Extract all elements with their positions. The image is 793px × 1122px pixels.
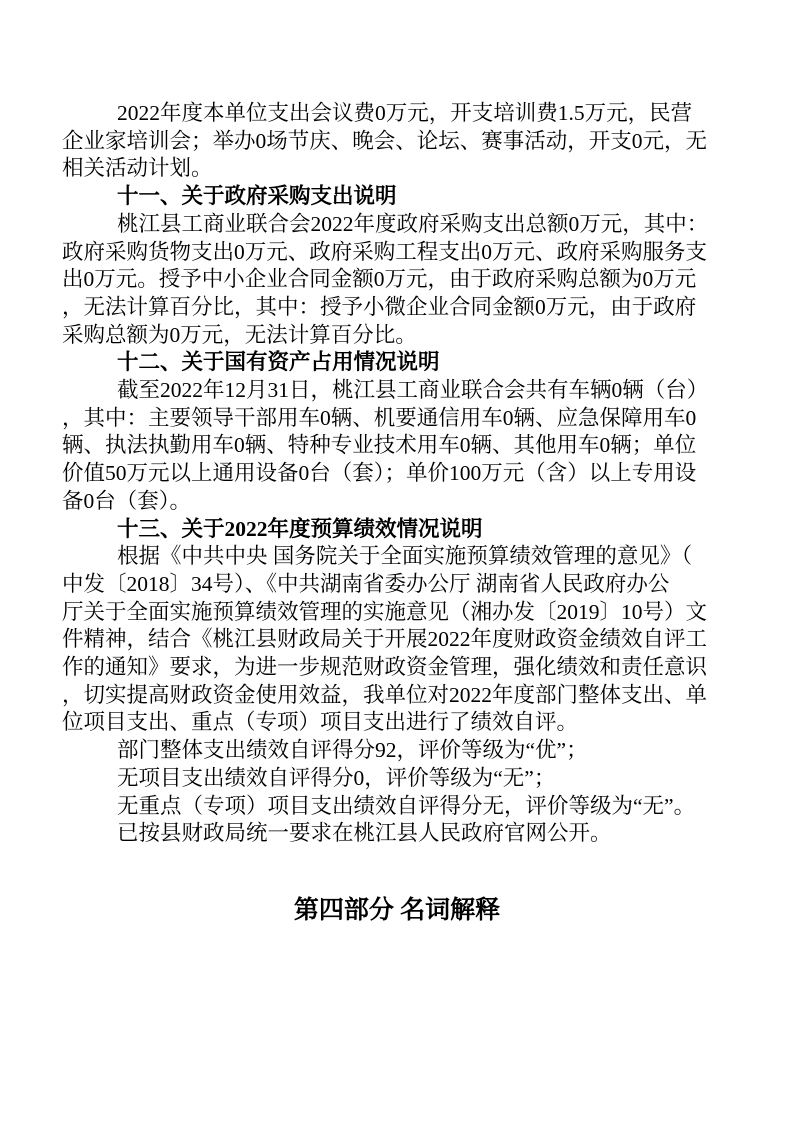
part-four-title: 第四部分 名词解释	[62, 893, 732, 929]
heading-line: 十一、关于政府采购支出说明	[62, 183, 732, 211]
paragraph-line: 企业家培训会；举办0场节庆、晚会、论坛、赛事活动，开支0元，无	[62, 128, 732, 156]
paragraph-publication-note: 已按县财政局统一要求在桃江县人民政府官网公开。	[62, 820, 732, 848]
paragraph-line: 无项目支出绩效自评得分0，评价等级为“无”；	[62, 765, 732, 793]
paragraph-line: 出0万元。授予中小企业合同金额0万元，由于政府采购总额为0万元	[62, 266, 732, 294]
paragraph-line: 2022年度本单位支出会议费0万元，开支培训费1.5万元，民营	[62, 100, 732, 128]
paragraph-line: 采购总额为0万元，无法计算百分比。	[62, 322, 732, 350]
document-page: 2022年度本单位支出会议费0万元，开支培训费1.5万元，民营 企业家培训会；举…	[0, 0, 793, 1122]
paragraph-department-overall-score: 部门整体支出绩效自评得分92，评价等级为“优”；	[62, 737, 732, 765]
heading-line: 十三、关于2022年度预算绩效情况说明	[62, 516, 732, 544]
paragraph-line: 桃江县工商业联合会2022年度政府采购支出总额0万元，其中：	[62, 211, 732, 239]
paragraph-line: 备0台（套）。	[62, 488, 732, 516]
paragraph-line: 截至2022年12月31日，桃江县工商业联合会共有车辆0辆（台）	[62, 377, 732, 405]
paragraph-line: 无重点（专项）项目支出绩效自评得分无，评价等级为“无”。	[62, 793, 732, 821]
paragraph-government-procurement: 桃江县工商业联合会2022年度政府采购支出总额0万元，其中： 政府采购货物支出0…	[62, 211, 732, 350]
section-heading-11-government-procurement: 十一、关于政府采购支出说明	[62, 183, 732, 211]
paragraph-line: 辆、执法执勤用车0辆、特种专业技术用车0辆、其他用车0辆；单位	[62, 432, 732, 460]
paragraph-line: 政府采购货物支出0万元、政府采购工程支出0万元、政府采购服务支	[62, 239, 732, 267]
paragraph-line: 中发〔2018〕34号）、《中共湖南省委办公厅 湖南省人民政府办公	[62, 571, 732, 599]
paragraph-line: 作的通知》要求，为进一步规范财政资金管理，强化绩效和责任意识	[62, 654, 732, 682]
paragraph-line: 部门整体支出绩效自评得分92，评价等级为“优”；	[62, 737, 732, 765]
paragraph-line: 厅关于全面实施预算绩效管理的实施意见（湘办发〔2019〕10号）文	[62, 599, 732, 627]
paragraph-state-assets: 截至2022年12月31日，桃江县工商业联合会共有车辆0辆（台） ，其中：主要领…	[62, 377, 732, 516]
paragraph-line: ，其中：主要领导干部用车0辆、机要通信用车0辆、应急保障用车0	[62, 405, 732, 433]
paragraph-key-project-score: 无重点（专项）项目支出绩效自评得分无，评价等级为“无”。	[62, 793, 732, 821]
paragraph-line: ，无法计算百分比，其中：授予小微企业合同金额0万元，由于政府	[62, 294, 732, 322]
paragraph-line: 件精神，结合《桃江县财政局关于开展2022年度财政资金绩效自评工	[62, 626, 732, 654]
paragraph-line: 价值50万元以上通用设备0台（套）；单价100万元（含）以上专用设	[62, 460, 732, 488]
paragraph-line: 位项目支出、重点（专项）项目支出进行了绩效自评。	[62, 709, 732, 737]
paragraph-budget-performance-basis: 根据《中共中央 国务院关于全面实施预算绩效管理的意见》（ 中发〔2018〕34号…	[62, 543, 732, 737]
paragraph-meeting-training-expenses: 2022年度本单位支出会议费0万元，开支培训费1.5万元，民营 企业家培训会；举…	[62, 100, 732, 183]
document-body: 2022年度本单位支出会议费0万元，开支培训费1.5万元，民营 企业家培训会；举…	[62, 100, 732, 929]
paragraph-line: 已按县财政局统一要求在桃江县人民政府官网公开。	[62, 820, 732, 848]
paragraph-line: 根据《中共中央 国务院关于全面实施预算绩效管理的意见》（	[62, 543, 732, 571]
section-heading-13-budget-performance: 十三、关于2022年度预算绩效情况说明	[62, 516, 732, 544]
section-heading-12-state-assets: 十二、关于国有资产占用情况说明	[62, 349, 732, 377]
heading-line: 十二、关于国有资产占用情况说明	[62, 349, 732, 377]
paragraph-project-score: 无项目支出绩效自评得分0，评价等级为“无”；	[62, 765, 732, 793]
paragraph-line: ，切实提高财政资金使用效益，我单位对2022年度部门整体支出、单	[62, 682, 732, 710]
paragraph-line: 相关活动计划。	[62, 155, 732, 183]
